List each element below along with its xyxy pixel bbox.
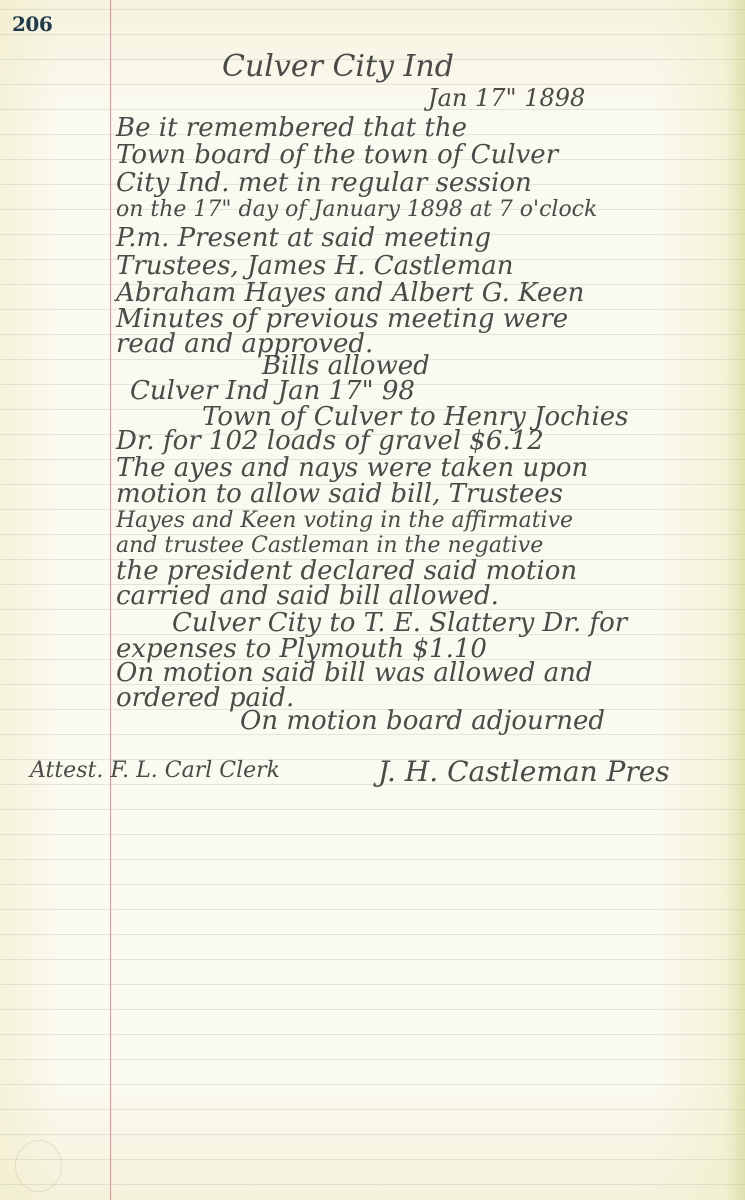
attest-signature: Attest. F. L. Carl Clerk bbox=[30, 760, 280, 782]
bill-line: and trustee Castleman in the negative bbox=[116, 535, 543, 557]
page-number: 206 bbox=[12, 12, 52, 36]
body-line: Town board of the town of Culver bbox=[116, 142, 558, 168]
bill-line: The ayes and nays were taken upon bbox=[116, 455, 588, 481]
body-line: City Ind. met in regular session bbox=[116, 170, 532, 196]
body-line: P.m. Present at said meeting bbox=[116, 225, 491, 251]
adjournment-line: On motion board adjourned bbox=[240, 708, 605, 734]
ledger-page: 206 Culver City Ind Jan 17" 1898 Be it r… bbox=[0, 0, 745, 1200]
body-line: on the 17" day of January 1898 at 7 o'cl… bbox=[116, 199, 597, 221]
bill-line: motion to allow said bill, Trustees bbox=[116, 481, 563, 507]
bills-date-line: Culver Ind Jan 17" 98 bbox=[130, 378, 415, 404]
body-line: Trustees, James H. Castleman bbox=[116, 253, 514, 279]
president-signature: J. H. Castleman Pres bbox=[378, 758, 670, 786]
heading-place: Culver City Ind bbox=[222, 52, 454, 82]
body-line: Abraham Hayes and Albert G. Keen bbox=[116, 280, 584, 306]
bill-line: carried and said bill allowed. bbox=[116, 583, 499, 609]
bill-line: Culver City to T. E. Slattery Dr. for bbox=[172, 610, 627, 636]
bill-line: Hayes and Keen voting in the affirmative bbox=[116, 510, 573, 532]
bill-line: Dr. for 102 loads of gravel $6.12 bbox=[116, 428, 544, 454]
heading-date: Jan 17" 1898 bbox=[428, 86, 585, 110]
body-line: Be it remembered that the bbox=[116, 115, 467, 141]
paper-stain bbox=[15, 1140, 62, 1192]
margin-line bbox=[110, 0, 111, 1200]
